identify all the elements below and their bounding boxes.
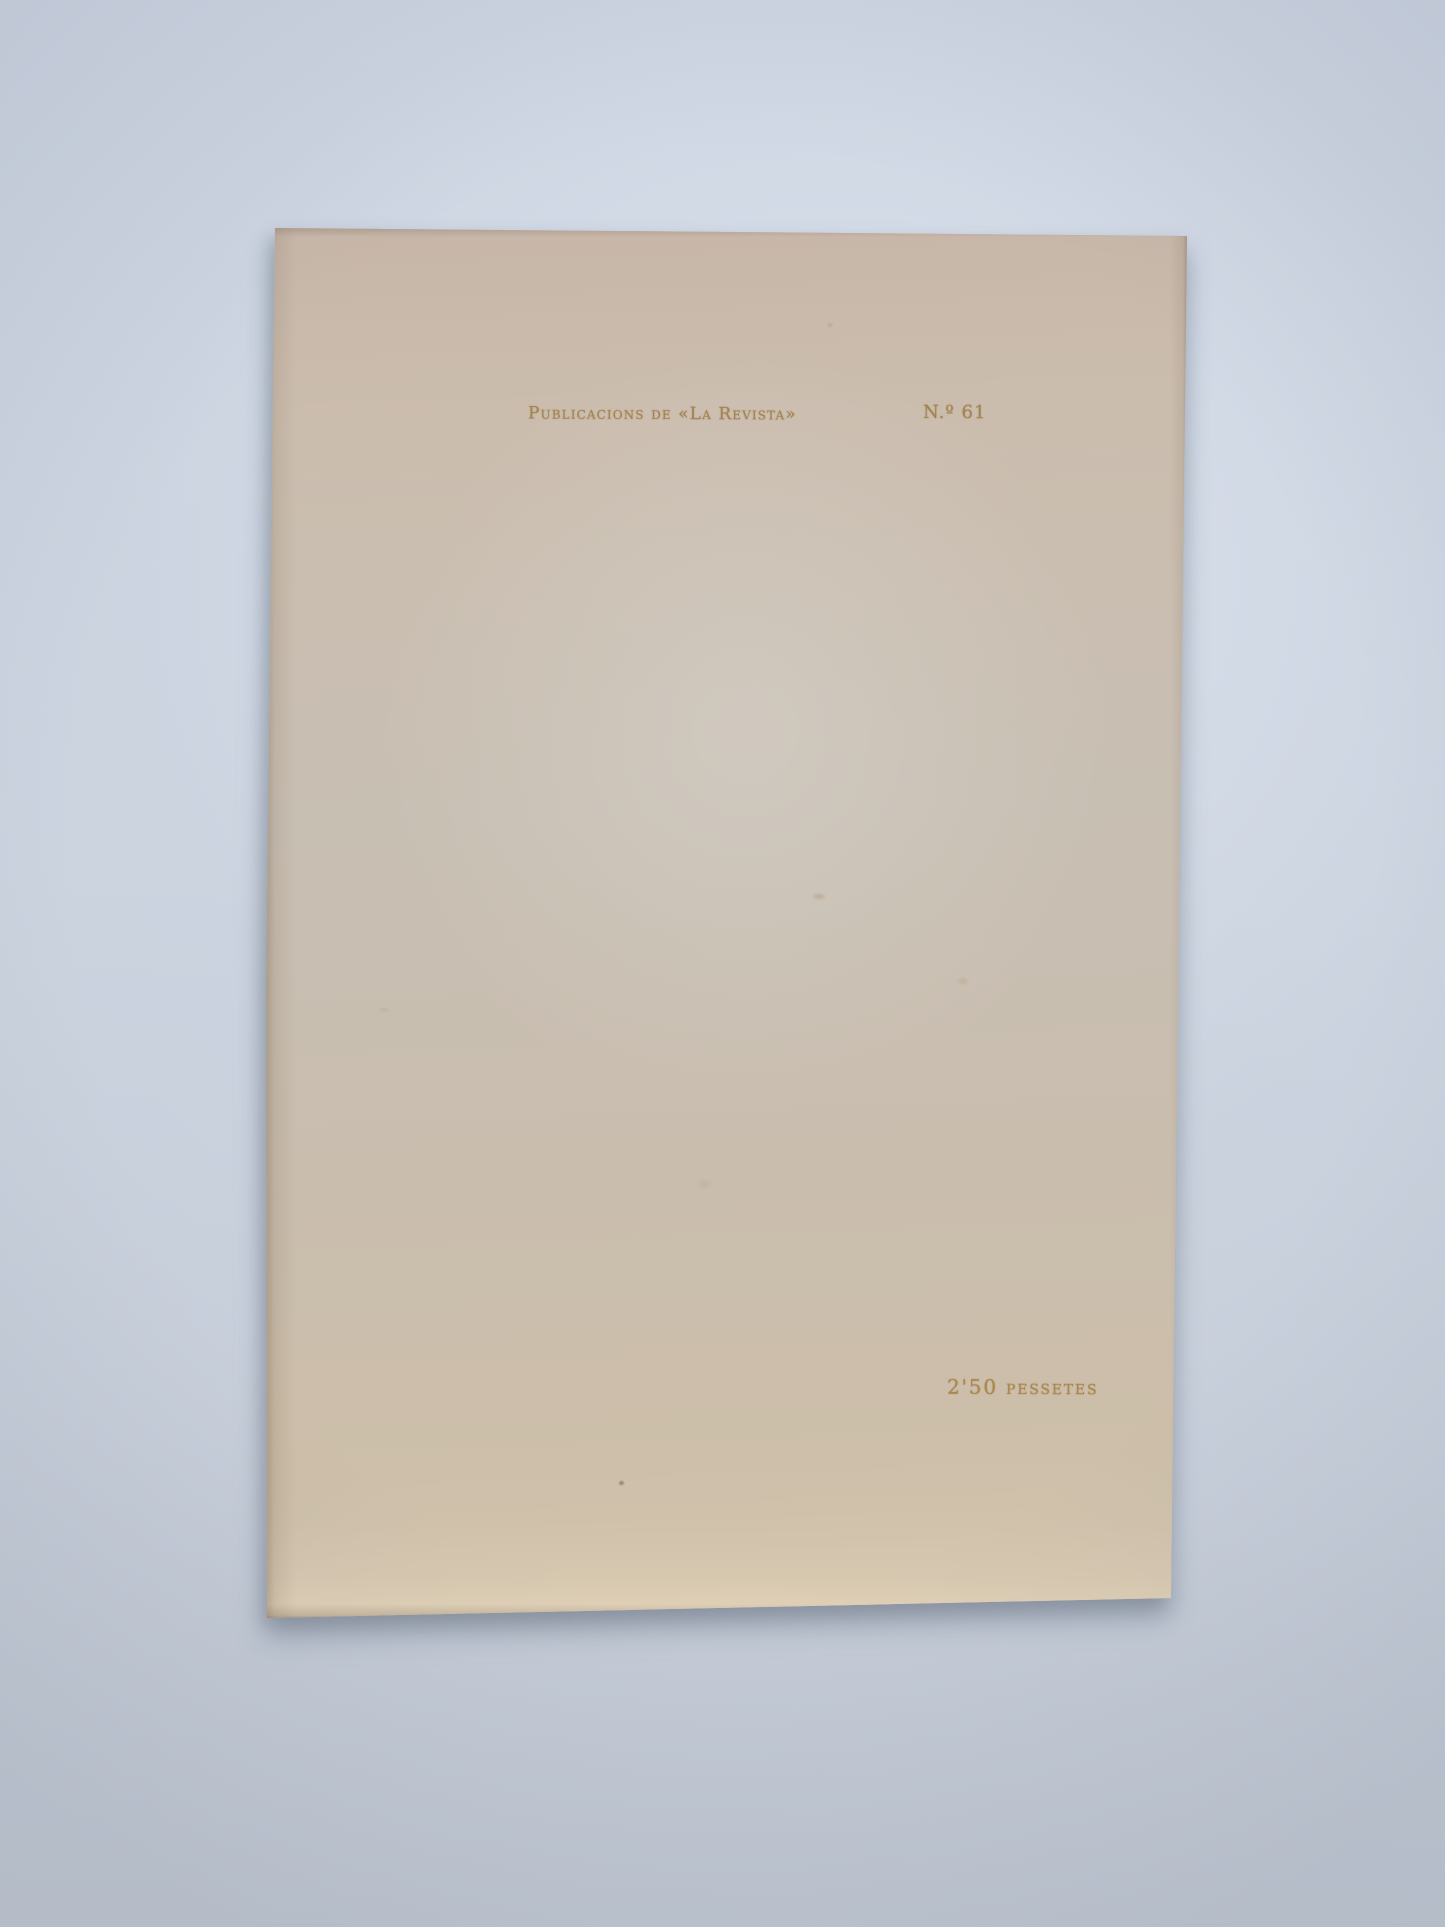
foxing-spot (956, 976, 970, 986)
foxing-spot (826, 322, 834, 328)
price-label: 2'50 pessetes (947, 1377, 1098, 1398)
foxing-spot (378, 1006, 390, 1014)
book-cover: Publicacions de «La Revista» N.º 61 2'50… (266, 228, 1188, 1620)
series-title: Publicacions de «La Revista» (528, 406, 797, 424)
issue-number: N.º 61 (923, 404, 986, 422)
foxing-spot (696, 1178, 714, 1190)
foxing-spot (811, 892, 827, 901)
photo-background: Publicacions de «La Revista» N.º 61 2'50… (0, 0, 1445, 1927)
foxing-spot (618, 1480, 625, 1486)
book-cover-wrap: Publicacions de «La Revista» N.º 61 2'50… (266, 228, 1188, 1620)
